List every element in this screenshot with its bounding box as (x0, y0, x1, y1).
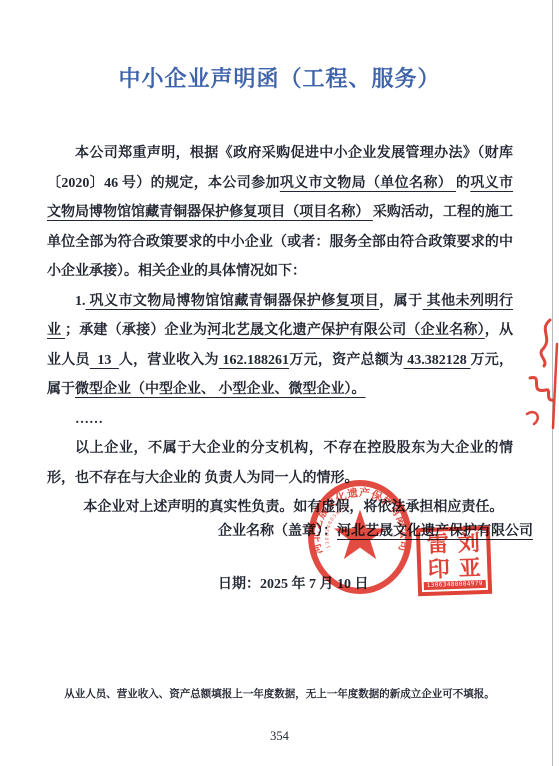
underlined-blank-enterprise-type: 微型企业（中型企业、 小型企业、微型企业）。 (75, 382, 366, 397)
text-segment: …… (75, 412, 103, 427)
document-title: 中小企业声明函（工程、服务） (0, 62, 559, 93)
paragraph-ellipsis: …… (47, 405, 513, 435)
paragraph-item-1: 1. 巩义市文物局博物馆馆藏青铜器保护修复项目，属于 其他未列明行业 ；承建（承… (47, 287, 513, 405)
company-round-stamp-icon: 河北艺晟文化遗产保护有限公司 1306348058061 (306, 479, 414, 595)
declaration-document-page: 中小企业声明函（工程、服务） 本公司郑重声明，根据《政府采购促进中小企业发展管理… (0, 0, 559, 766)
seal-number: 13063480004979 (424, 580, 486, 590)
text-segment: 以上企业，不属于大企业的分支机构，不存在控股股东为大企业的情形，也不存在与大企业… (47, 441, 513, 486)
underlined-blank-revenue: 162.188261 (219, 353, 289, 368)
stamp-star-icon (334, 510, 386, 560)
underlined-blank-assets: 43.382128 (403, 353, 470, 368)
seal-char: 刘 (453, 530, 485, 556)
seal-characters: 雷 刘 印 亚 (422, 530, 486, 582)
page-number: 354 (0, 729, 559, 744)
item-number: 1. (75, 294, 86, 309)
edge-stamp-fragment-icon (524, 316, 559, 434)
underlined-blank-project-name: 巩义市文物局博物馆馆藏青铜器保护修复项目 (86, 294, 380, 309)
seal-char: 雷 (422, 531, 454, 557)
text-segment: ，属于 (379, 294, 422, 309)
footnote: 从业人员、营业收入、资产总额填报上一年度数据，无上一年度数据的新成立企业可不填报… (0, 686, 559, 701)
seal-char: 亚 (454, 555, 486, 581)
text-segment: 本企业对上述声明的真实性负责。如有虚假，将依法承担相应责任。 (83, 500, 503, 515)
text-segment: ；承建（承接）企业为 (65, 323, 207, 338)
declaration-body: 本公司郑重声明，根据《政府采购促进中小企业发展管理办法》（财库〔2020〕46 … (47, 139, 513, 523)
text-segment: 人，营业收入为 (119, 353, 219, 368)
personal-name-seal-icon: 雷 刘 印 亚 13063480004979 (416, 526, 492, 597)
paragraph-intro: 本公司郑重声明，根据《政府采购促进中小企业发展管理办法》（财库〔2020〕46 … (47, 139, 513, 287)
seal-char: 印 (423, 556, 455, 582)
stamp-arc-registration-digits: 1306348058061 (324, 503, 351, 549)
text-segment: 万元，资产总额为 (289, 353, 403, 368)
svg-text:1306348058061: 1306348058061 (324, 503, 351, 549)
paragraph-responsibility: 本企业对上述声明的真实性负责。如有虚假，将依法承担相应责任。 (47, 493, 513, 523)
text-segment: 的 (456, 176, 470, 191)
underlined-blank-company: 河北艺晟文化遗产保护有限公司（企业名称） (207, 323, 485, 338)
paragraph-no-affiliation: 以上企业，不属于大企业的分支机构，不存在控股股东为大企业的情形，也不存在与大企业… (47, 434, 513, 493)
underlined-blank-employees: 13 (90, 353, 119, 368)
underlined-blank-purchaser: 巩义市文物局（单位名称） (280, 176, 456, 191)
